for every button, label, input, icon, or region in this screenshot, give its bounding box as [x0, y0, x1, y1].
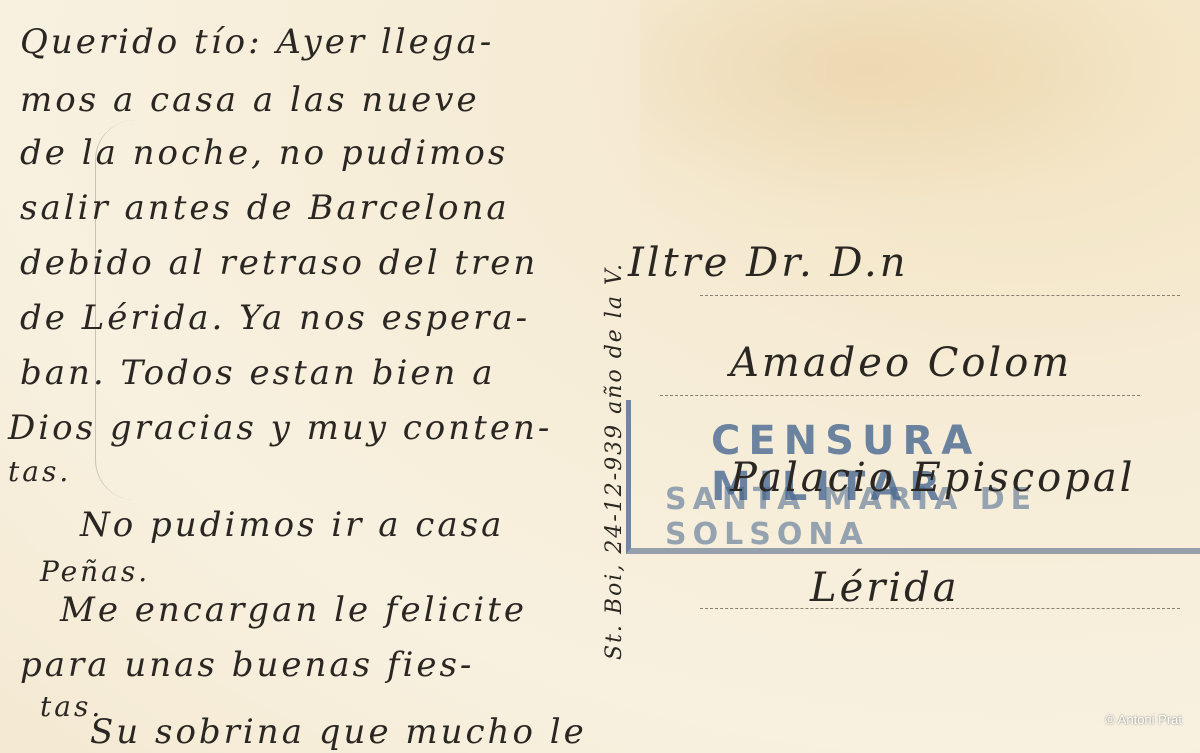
- letter-line: salir antes de Barcelona: [20, 188, 510, 228]
- address-rule: [700, 608, 1180, 609]
- copyright-watermark: © Antoni Prat: [1105, 712, 1182, 727]
- vertical-date-note: St. Boi, 24-12-939 año de la V.: [602, 262, 627, 660]
- letter-line: Peñas.: [40, 555, 150, 588]
- letter-line: ban. Todos estan bien a: [20, 353, 496, 393]
- letter-line: para unas buenas fies-: [20, 645, 474, 685]
- letter-line: mos a casa a las nueve: [20, 80, 480, 120]
- letter-line: No pudimos ir a casa: [80, 505, 504, 545]
- address-line-4: Lérida: [810, 565, 960, 611]
- letter-line: debido al retraso del tren: [20, 243, 538, 283]
- postcard-back: Querido tío: Ayer llega- mos a casa a la…: [0, 0, 1200, 753]
- letter-line: de la noche, no pudimos: [20, 133, 508, 173]
- letter-line: Su sobrina que mucho le: [90, 712, 587, 752]
- address-line-3: Palacio Episcopal: [730, 455, 1135, 501]
- address-rule: [700, 295, 1180, 296]
- letter-line: de Lérida. Ya nos espera-: [20, 298, 530, 338]
- address-line-1: Iltre Dr. D.n: [628, 240, 909, 286]
- address-rule: [660, 395, 1140, 396]
- letter-line: tas.: [8, 455, 71, 488]
- letter-line: Querido tío: Ayer llega-: [20, 22, 494, 62]
- letter-line: Dios gracias y muy conten-: [8, 408, 552, 448]
- letter-line: Me encargan le felicite: [60, 590, 527, 630]
- address-line-2: Amadeo Colom: [730, 340, 1072, 386]
- paper-stain: [640, 0, 1200, 230]
